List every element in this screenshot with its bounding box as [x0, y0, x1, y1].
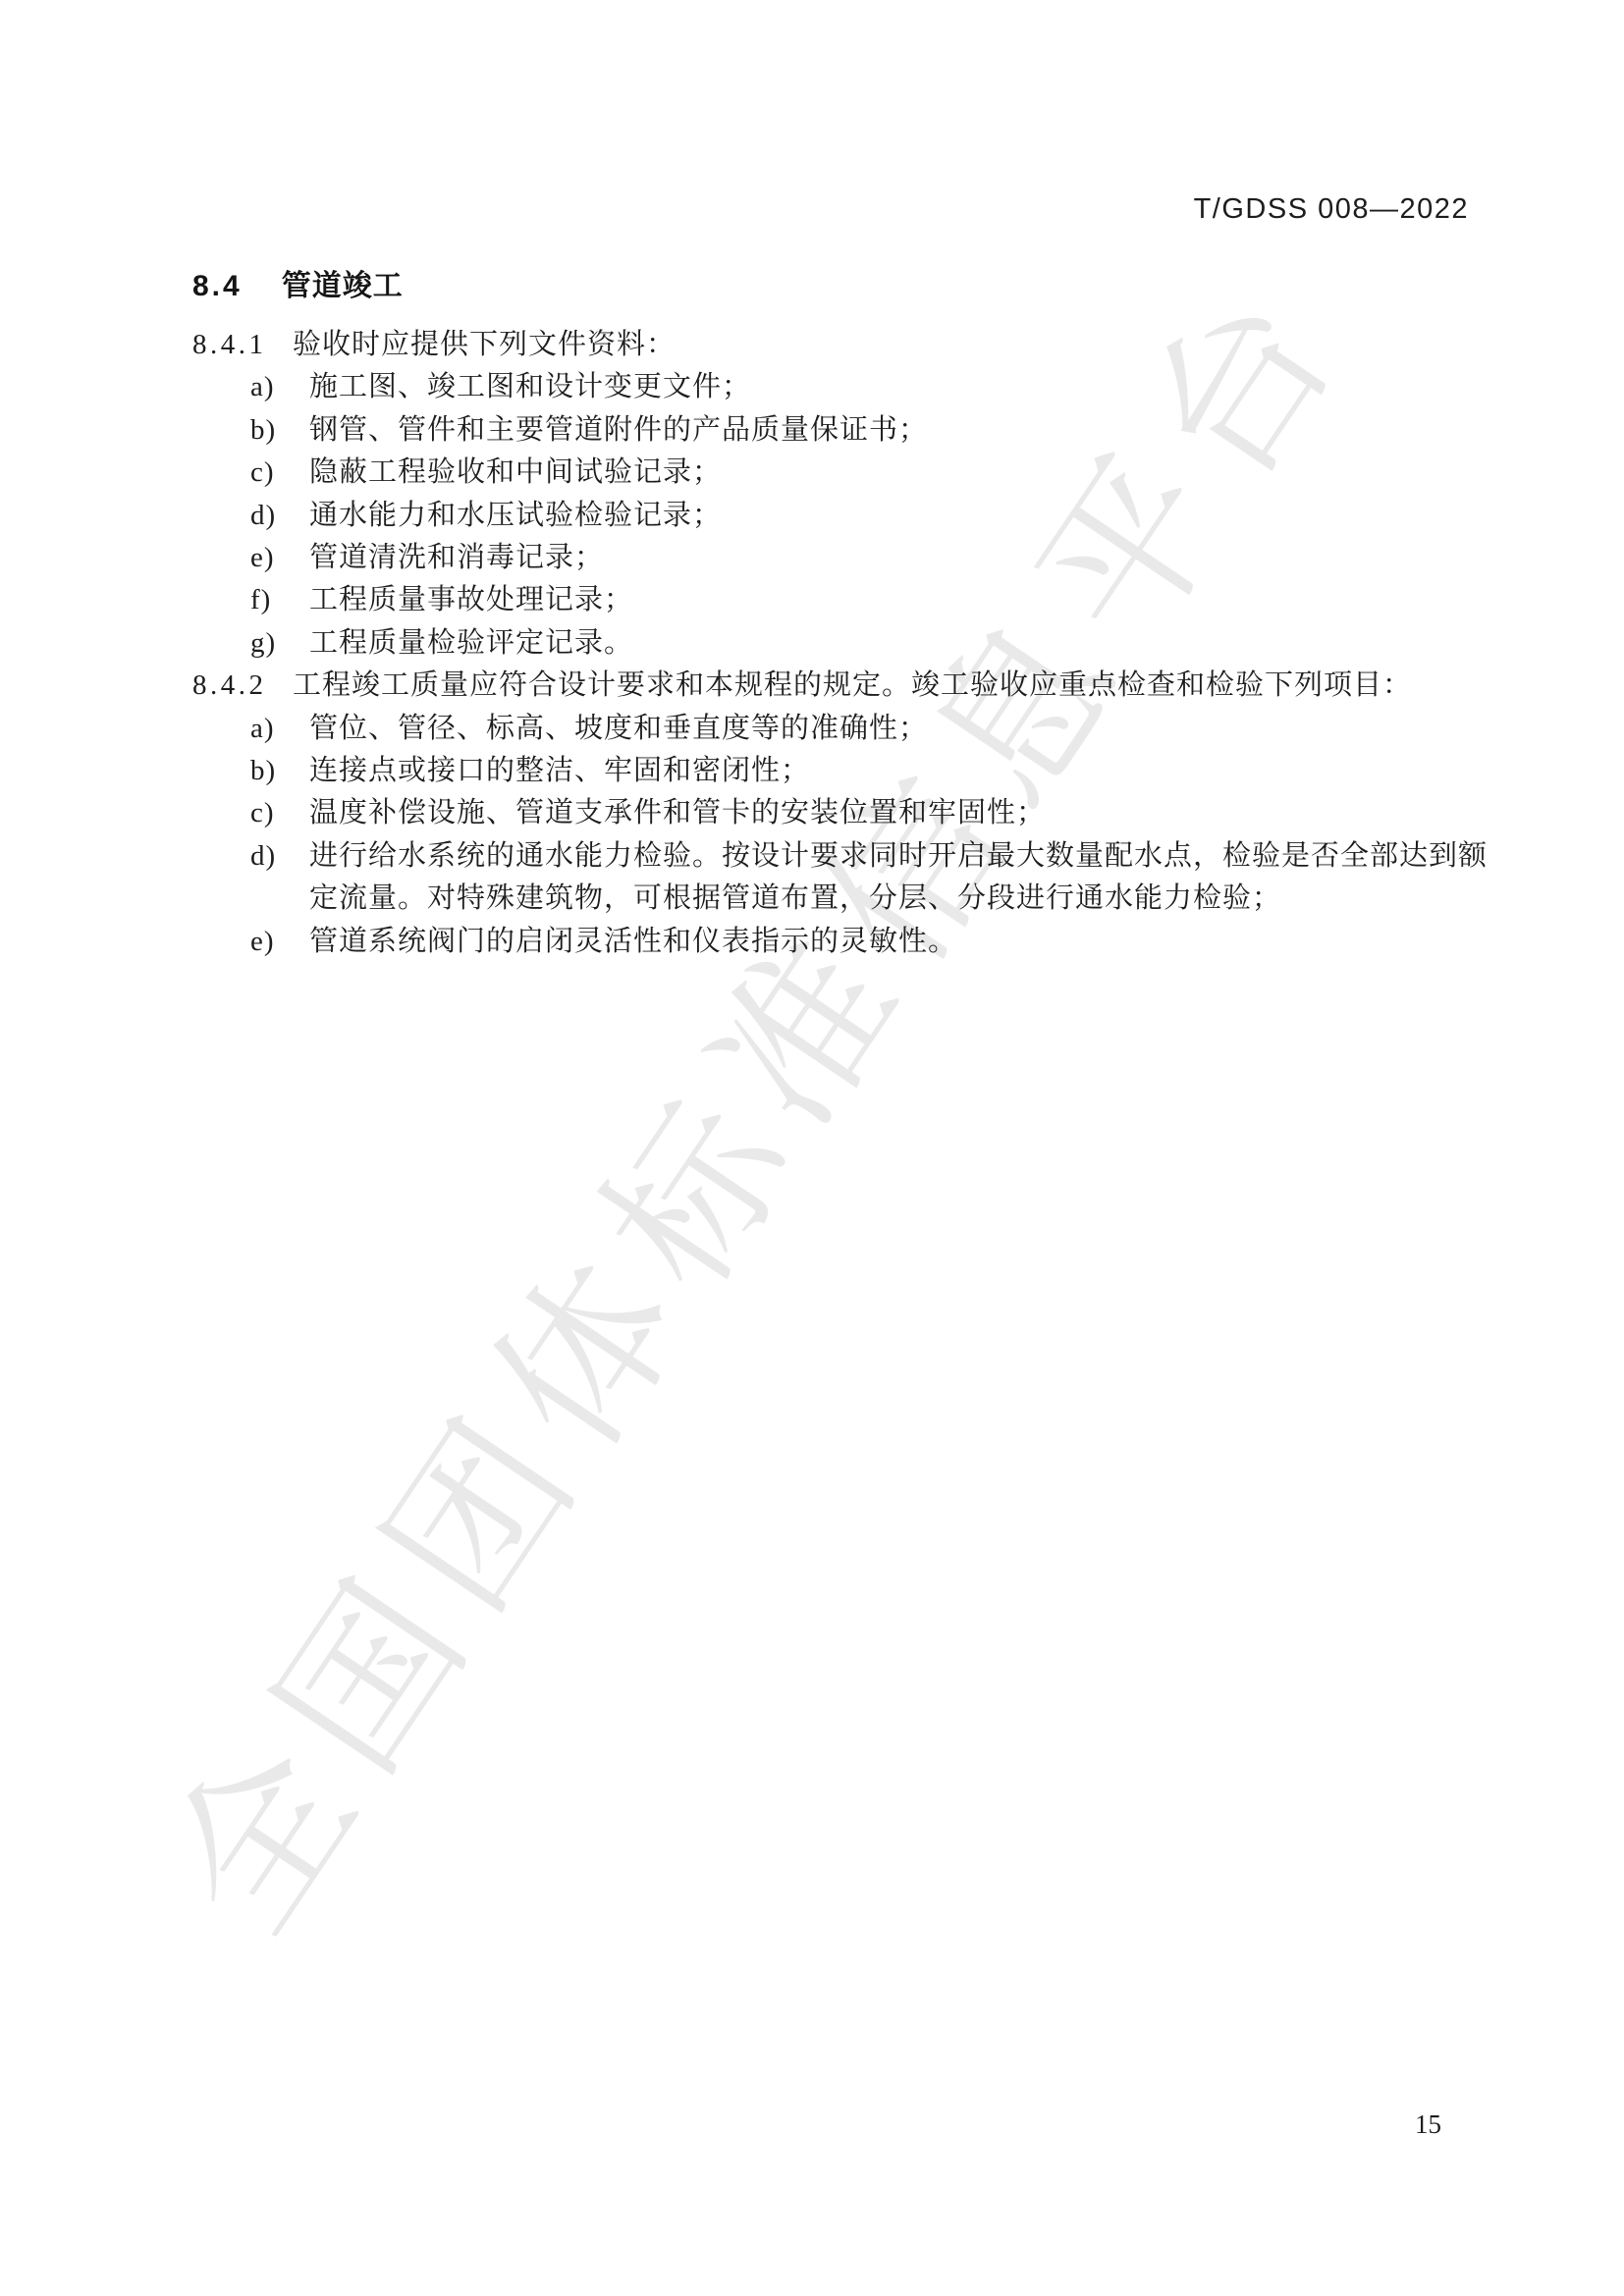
list-item-label: a) — [250, 366, 309, 408]
list-item-label: c) — [250, 792, 309, 834]
clause-text: 工程竣工质量应符合设计要求和本规程的规定。竣工验收应重点检查和检验下列项目： — [293, 665, 1488, 707]
list-item: c) 温度补偿设施、管道支承件和管卡的安装位置和牢固性； — [192, 792, 1488, 834]
list-item-text: 通水能力和水压试验检验记录； — [309, 495, 1488, 537]
document-page: 全国团体标准信息平台 T/GDSS 008—2022 8.4 管道竣工 8.4.… — [0, 0, 1624, 2296]
list-item-label: d) — [250, 495, 309, 537]
list-item: f) 工程质量事故处理记录； — [192, 579, 1488, 621]
section-number: 8.4 — [192, 270, 243, 303]
list-item-text: 进行给水系统的通水能力检验。按设计要求同时开启最大数量配水点，检验是否全部达到额… — [309, 835, 1488, 921]
list-item: b) 连接点或接口的整洁、牢固和密闭性； — [192, 750, 1488, 792]
list-item-label: e) — [250, 537, 309, 579]
list-item-label: c) — [250, 452, 309, 494]
list-item: c) 隐蔽工程验收和中间试验记录； — [192, 452, 1488, 494]
list-item-text: 温度补偿设施、管道支承件和管卡的安装位置和牢固性； — [309, 792, 1488, 834]
list-item: e) 管道系统阀门的启闭灵活性和仪表指示的灵敏性。 — [192, 921, 1488, 963]
list-item-text: 隐蔽工程验收和中间试验记录； — [309, 452, 1488, 494]
section-heading: 8.4 管道竣工 — [192, 261, 404, 304]
clause-number: 8.4.2 — [192, 665, 293, 707]
list-item-label: a) — [250, 708, 309, 750]
clause-number: 8.4.1 — [192, 324, 293, 366]
list-item: b) 钢管、管件和主要管道附件的产品质量保证书； — [192, 409, 1488, 452]
section-title: 管道竣工 — [282, 261, 404, 304]
list-item-text: 管位、管径、标高、坡度和垂直度等的准确性； — [309, 708, 1488, 750]
list-item-text: 管道系统阀门的启闭灵活性和仪表指示的灵敏性。 — [309, 921, 1488, 963]
clause-text: 验收时应提供下列文件资料： — [293, 324, 1488, 366]
list-item-label: b) — [250, 409, 309, 452]
list-item-label: d) — [250, 835, 309, 921]
list-item: d) 通水能力和水压试验检验记录； — [192, 495, 1488, 537]
list-item: d) 进行给水系统的通水能力检验。按设计要求同时开启最大数量配水点，检验是否全部… — [192, 835, 1488, 921]
list-item-text: 工程质量事故处理记录； — [309, 579, 1488, 621]
page-content: 8.4.1 验收时应提供下列文件资料： a) 施工图、竣工图和设计变更文件； b… — [192, 324, 1488, 963]
list-item-text: 钢管、管件和主要管道附件的产品质量保证书； — [309, 409, 1488, 452]
list-item: a) 管位、管径、标高、坡度和垂直度等的准确性； — [192, 708, 1488, 750]
list-item-label: f) — [250, 579, 309, 621]
list-item-text: 连接点或接口的整洁、牢固和密闭性； — [309, 750, 1488, 792]
clause-8-4-1: 8.4.1 验收时应提供下列文件资料： — [192, 324, 1488, 366]
list-item-text: 施工图、竣工图和设计变更文件； — [309, 366, 1488, 408]
list-item: g) 工程质量检验评定记录。 — [192, 622, 1488, 665]
page-number: 15 — [1415, 2109, 1441, 2140]
clause-8-4-2: 8.4.2 工程竣工质量应符合设计要求和本规程的规定。竣工验收应重点检查和检验下… — [192, 665, 1488, 707]
list-item: e) 管道清洗和消毒记录； — [192, 537, 1488, 579]
list-item-text: 工程质量检验评定记录。 — [309, 622, 1488, 665]
list-item-label: b) — [250, 750, 309, 792]
standard-number: T/GDSS 008—2022 — [1194, 193, 1469, 226]
list-item-text: 管道清洗和消毒记录； — [309, 537, 1488, 579]
list-item-label: e) — [250, 921, 309, 963]
list-item-label: g) — [250, 622, 309, 665]
list-item: a) 施工图、竣工图和设计变更文件； — [192, 366, 1488, 408]
